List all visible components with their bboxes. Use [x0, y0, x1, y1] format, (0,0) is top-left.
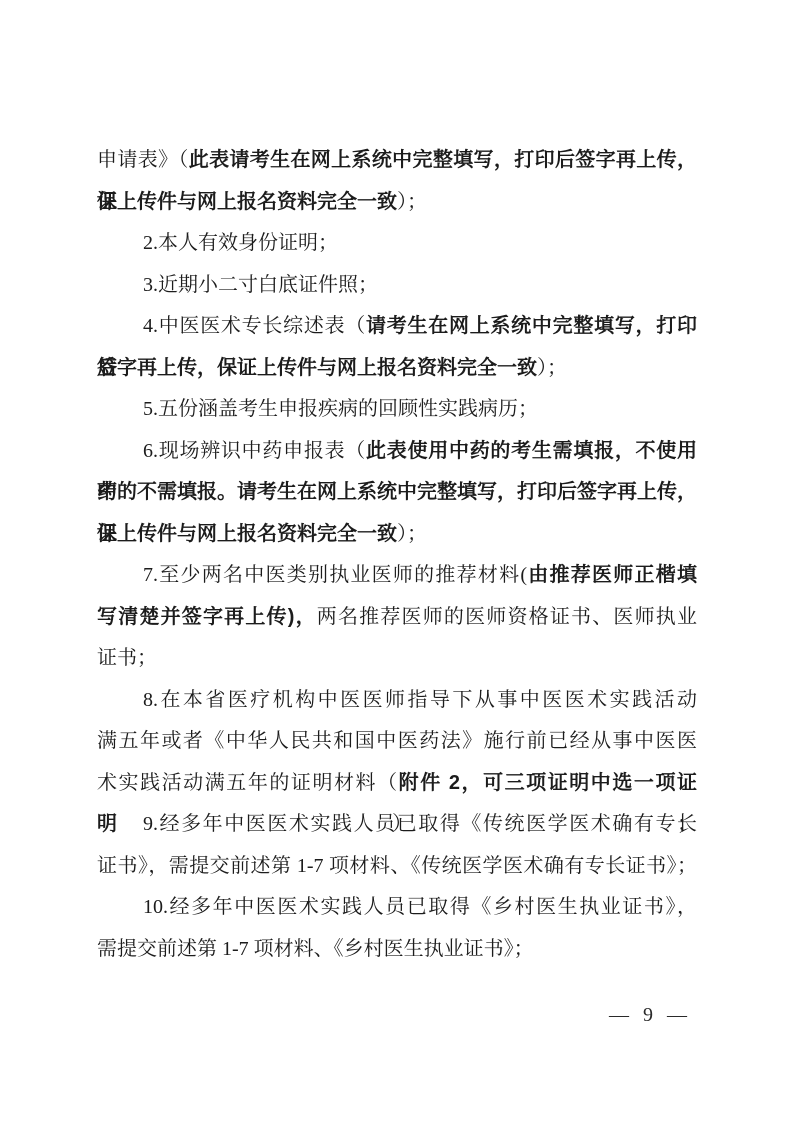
text-segment: 5.五份涵盖考生申报疾病的回顾性实践病历； — [143, 398, 538, 420]
text-segment: 两名推荐医师的医师资格证书、医师执业 — [317, 606, 697, 628]
text-block: 申请表》（此表请考生在网上系统中完整填写，打印后签字再上传，保证上传件与网上报名… — [97, 140, 697, 970]
text-line: 10.经多年中医医术实践人员已取得《乡村医生执业证书》， — [97, 887, 697, 929]
text-segment: 术实践活动满五年的证明材料（ — [97, 772, 399, 794]
bold-text-segment: 写清楚并签字再上传)， — [97, 606, 317, 628]
text-segment: 6.现场辨识中药申报表（ — [143, 440, 366, 462]
text-segment: 申请表》（ — [97, 149, 189, 171]
text-segment: 证书》，需提交前述第 1-7 项材料、《传统医学医术确有专长证书》； — [97, 855, 697, 877]
page-number: — 9 — — [609, 1002, 688, 1028]
text-line: 需提交前述第 1-7 项材料、《乡村医生执业证书》； — [97, 929, 697, 971]
text-segment: 8.在本省医疗机构中医医师指导下从事中医医术实践活动 — [143, 689, 697, 711]
document-page: 申请表》（此表请考生在网上系统中完整填写，打印后签字再上传，保证上传件与网上报名… — [0, 0, 793, 1122]
text-segment: 4.中医医术专长综述表（ — [143, 315, 366, 337]
text-line: 证书》，需提交前述第 1-7 项材料、《传统医学医术确有专长证书》； — [97, 846, 697, 888]
text-line: 术实践活动满五年的证明材料（附件 2，可三项证明中选一项证明）； — [97, 763, 697, 805]
bold-text-segment: 由推荐医师正楷填 — [527, 564, 697, 586]
text-segment: 满五年或者《中华人民共和国中医药法》施行前已经从事中医医 — [97, 730, 697, 752]
text-segment: 证书； — [97, 647, 157, 669]
text-line: 3.近期小二寸白底证件照； — [97, 265, 697, 307]
text-line: 证上传件与网上报名资料完全一致）； — [97, 514, 697, 556]
text-line: 签字再上传，保证上传件与网上报名资料完全一致）； — [97, 348, 697, 390]
bold-text-segment: 签字再上传，保证上传件与网上报名资料完全一致 — [97, 357, 537, 379]
text-segment: 10.经多年中医医术实践人员已取得《乡村医生执业证书》， — [143, 896, 697, 918]
text-segment: ）； — [537, 357, 567, 379]
text-segment: 需提交前述第 1-7 项材料、《乡村医生执业证书》； — [97, 938, 534, 960]
text-line: 药的不需填报。请考生在网上系统中完整填写，打印后签字再上传，保 — [97, 472, 697, 514]
bold-text-segment: 证上传件与网上报名资料完全一致 — [97, 523, 397, 545]
text-segment: ）； — [397, 523, 427, 545]
text-line: 7.至少两名中医类别执业医师的推荐材料(由推荐医师正楷填 — [97, 555, 697, 597]
text-segment: 9.经多年中医医术实践人员已取得《传统医学医术确有专长 — [143, 813, 697, 835]
text-line: 8.在本省医疗机构中医医师指导下从事中医医术实践活动 — [97, 680, 697, 722]
text-line: 2.本人有效身份证明； — [97, 223, 697, 265]
text-line: 满五年或者《中华人民共和国中医药法》施行前已经从事中医医 — [97, 721, 697, 763]
text-segment: ）； — [397, 191, 427, 213]
text-line: 4.中医医术专长综述表（请考生在网上系统中完整填写，打印后 — [97, 306, 697, 348]
text-line: 写清楚并签字再上传)，两名推荐医师的医师资格证书、医师执业 — [97, 597, 697, 639]
text-segment: 7.至少两名中医类别执业医师的推荐材料( — [143, 564, 527, 586]
bold-text-segment: 证上传件与网上报名资料完全一致 — [97, 191, 397, 213]
text-line: 9.经多年中医医术实践人员已取得《传统医学医术确有专长 — [97, 804, 697, 846]
text-line: 6.现场辨识中药申报表（此表使用中药的考生需填报，不使用中 — [97, 431, 697, 473]
text-line: 证上传件与网上报名资料完全一致）； — [97, 182, 697, 224]
text-line: 5.五份涵盖考生申报疾病的回顾性实践病历； — [97, 389, 697, 431]
text-line: 证书； — [97, 638, 697, 680]
text-segment: 2.本人有效身份证明； — [143, 232, 338, 254]
text-line: 申请表》（此表请考生在网上系统中完整填写，打印后签字再上传，保 — [97, 140, 697, 182]
text-segment: 3.近期小二寸白底证件照； — [143, 274, 378, 296]
